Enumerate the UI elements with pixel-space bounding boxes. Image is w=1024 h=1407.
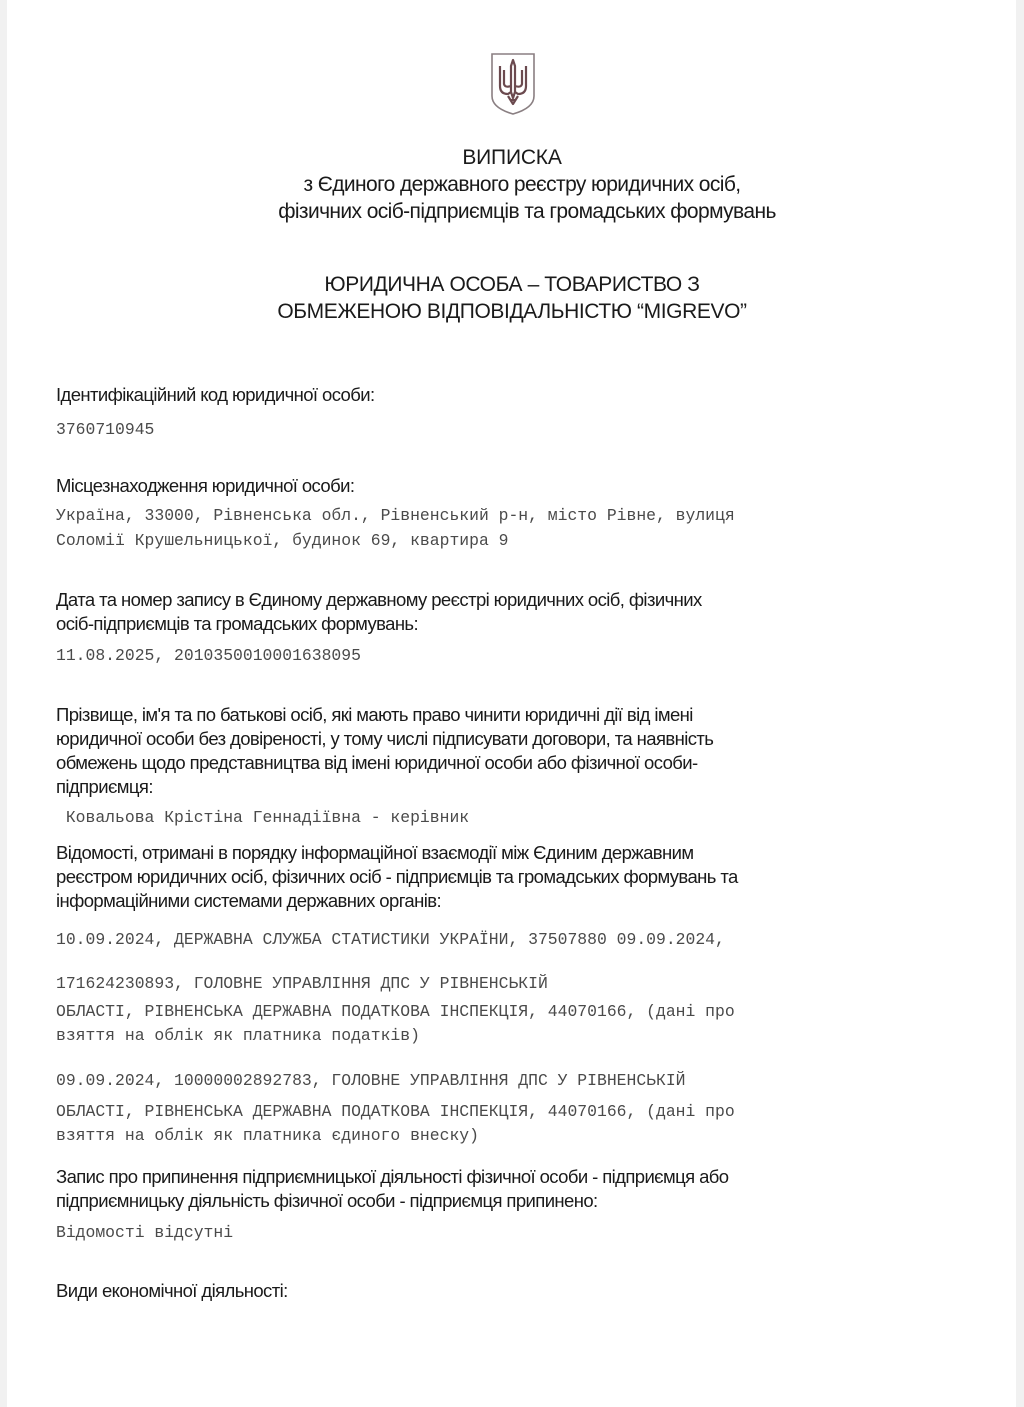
entity-name-line2: ОБМЕЖЕНОЮ ВІДПОВІДАЛЬНІСТЮ “MIGREVO” [0,298,1024,325]
registration-value: 11.08.2025, 2010350010001638095 [56,643,936,669]
id-code-label: Ідентифікаційний код юридичної особи: [56,383,916,407]
termination-label-line1: Запис про припинення підприємницької дія… [56,1165,916,1189]
authorized-persons-label-line1: Прізвище, ім'я та по батькові осіб, які … [56,703,916,727]
interaction-entry-1-line1: 10.09.2024, ДЕРЖАВНА СЛУЖБА СТАТИСТИКИ У… [56,927,936,953]
location-label: Місцезнаходження юридичної особи: [56,474,916,498]
interaction-info-label-line3: інформаційними системами державних орган… [56,889,916,913]
interaction-entry-2-line2: ОБЛАСТІ, РІВНЕНСЬКА ДЕРЖАВНА ПОДАТКОВА І… [56,999,936,1025]
interaction-info-label-line2: реєстром юридичних осіб, фізичних осіб -… [56,865,916,889]
document-title: ВИПИСКА [0,144,1024,171]
ukraine-coat-of-arms-icon [490,52,536,116]
id-code-value: 3760710945 [56,417,936,443]
economic-activities-label: Види економічної діяльності: [56,1279,916,1303]
termination-value: Відомості відсутні [56,1220,936,1246]
interaction-info-label-line1: Відомості, отримані в порядку інформацій… [56,841,916,865]
interaction-entry-3-line1: 09.09.2024, 10000002892783, ГОЛОВНЕ УПРА… [56,1068,936,1094]
location-value-line2: Соломії Крушельницької, будинок 69, квар… [56,528,936,554]
interaction-entry-2-line1: 171624230893, ГОЛОВНЕ УПРАВЛІННЯ ДПС У Р… [56,971,936,997]
document-subtitle-line1: з Єдиного державного реєстру юридичних о… [0,171,1024,198]
registration-label-line1: Дата та номер запису в Єдиному державном… [56,588,916,612]
document-subtitle-line2: фізичних осіб-підприємців та громадських… [0,198,1024,225]
authorized-person-value: Ковальова Крістіна Геннадіївна - керівни… [56,805,936,831]
location-value-line1: Україна, 33000, Рівненська обл., Рівненс… [56,503,936,529]
interaction-entry-3-line3: взяття на облік як платника єдиного внес… [56,1123,936,1149]
registration-label-line2: осіб-підприємців та громадських формуван… [56,612,916,636]
authorized-persons-label-line3: обмежень щодо представництва від імені ю… [56,751,916,775]
interaction-entry-3-line2: ОБЛАСТІ, РІВНЕНСЬКА ДЕРЖАВНА ПОДАТКОВА І… [56,1099,936,1125]
termination-label-line2: підприємницьку діяльність фізичної особи… [56,1189,916,1213]
interaction-entry-2-line3: взяття на облік як платника податків) [56,1023,936,1049]
authorized-persons-label-line2: юридичної особи без довіреності, у тому … [56,727,916,751]
document-title-block: ВИПИСКА з Єдиного державного реєстру юри… [0,144,1024,225]
document-page: ВИПИСКА з Єдиного державного реєстру юри… [7,0,1016,1407]
authorized-persons-label-line4: підприємця: [56,775,916,799]
entity-name-line1: ЮРИДИЧНА ОСОБА – ТОВАРИСТВО З [0,271,1024,298]
entity-name-block: ЮРИДИЧНА ОСОБА – ТОВАРИСТВО З ОБМЕЖЕНОЮ … [0,271,1024,325]
